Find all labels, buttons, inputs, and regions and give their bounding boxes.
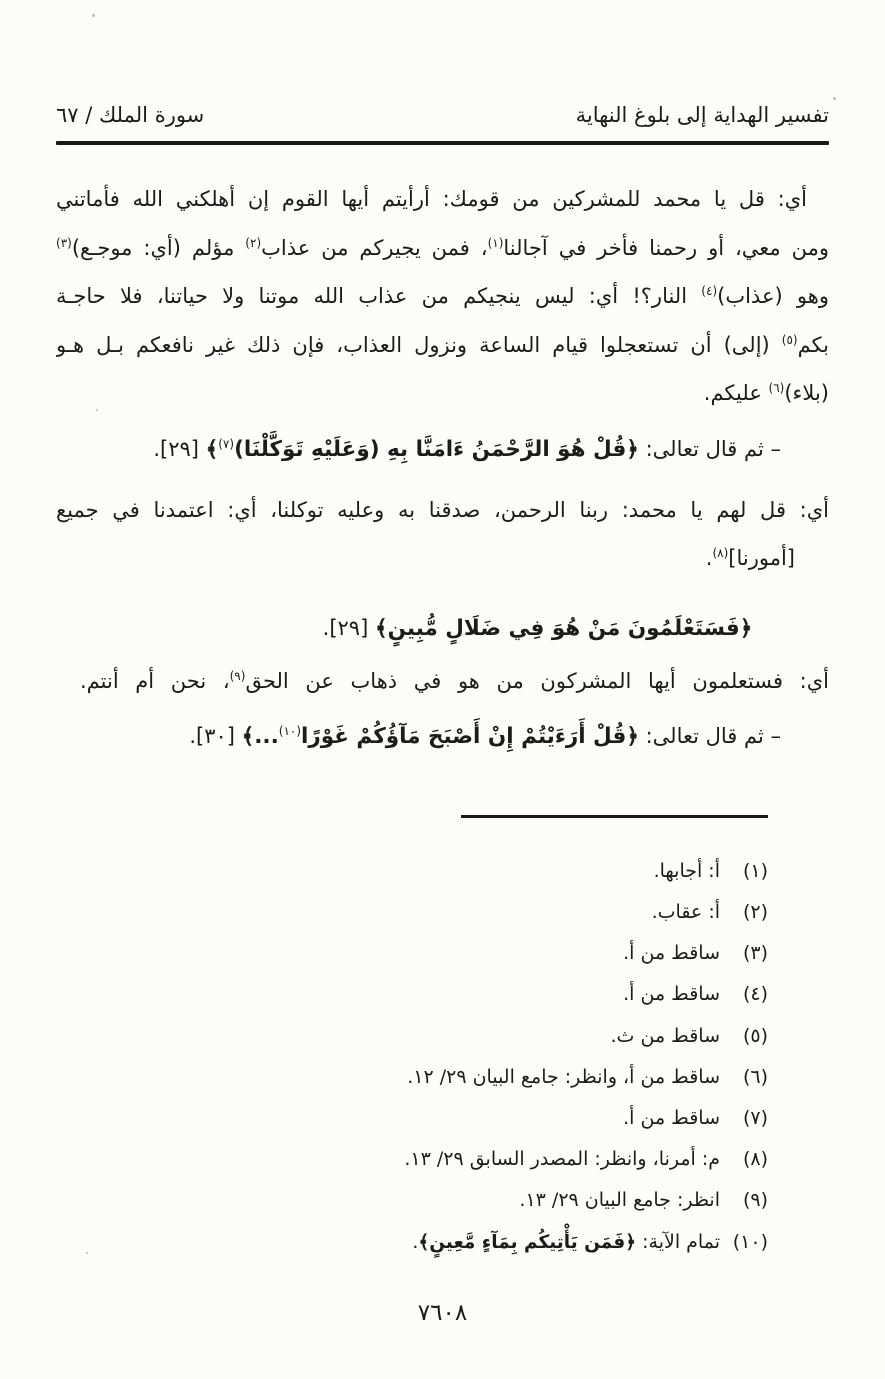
body-line: [أمورنا](٨).	[56, 534, 829, 583]
footnote-text: ساقط من ث.	[611, 1025, 720, 1047]
page-header: تفسير الهداية إلى بلوغ النهاية سورة المل…	[56, 0, 829, 129]
footnote-text: انظر: جامع البيان ٢٩/ ١٣.	[519, 1189, 720, 1211]
footnote-number: (٥)	[720, 1025, 768, 1047]
scan-speck	[96, 409, 98, 411]
footnote-text: ساقط من أ، وانظر: جامع البيان ٢٩/ ١٢.	[407, 1066, 720, 1088]
footnote-row: (٤) ساقط من أ.	[56, 974, 768, 1015]
commentary-paragraph-3: أي: فستعلمون أيها المشركون من هو في ذهاب…	[56, 657, 829, 706]
footnote-row: (٩) انظر: جامع البيان ٢٩/ ١٣.	[56, 1180, 768, 1221]
body-line: بكم(٥) (إلى) أن تستعجلوا قيام الساعة ونز…	[56, 321, 829, 370]
body-line: وهو (عذاب)(٤) النار؟! أي: ليس ينجيكم من …	[56, 272, 829, 321]
commentary-paragraph-2: أي: قل لهم يا محمد: ربنا الرحمن، صدقنا ب…	[56, 486, 829, 583]
footnote-divider	[461, 815, 768, 818]
footnote-row: (٣) ساقط من أ.	[56, 933, 768, 974]
header-rule	[56, 141, 829, 145]
footnote-number: (١)	[720, 860, 768, 882]
body-line: (بلاء)(٦) عليكم.	[56, 369, 829, 418]
body-line: ومن معي، أو رحمنا فأخر في آجالنا(١)، فمن…	[56, 224, 829, 273]
footnote-number: (٣)	[720, 942, 768, 964]
footnote-text: ساقط من أ.	[623, 1107, 720, 1129]
footnote-number: (٧)	[720, 1107, 768, 1129]
footnote-text-prefix: تمام الآية:	[636, 1231, 720, 1253]
footnote-text: ساقط من أ.	[623, 942, 720, 964]
footnote-text: ساقط من أ.	[623, 983, 720, 1005]
footnote-text: تمام الآية: ﴿فَمَن يَأْتِيكُم بِمَآءٍ مَ…	[412, 1231, 720, 1253]
body-line: أي: فستعلمون أيها المشركون من هو في ذهاب…	[56, 657, 829, 706]
verse-ref: [٢٩].	[153, 437, 205, 461]
body-line: أي: قل يا محمد للمشركين من قومك: أرأيتم …	[56, 175, 829, 224]
body-line: أي: قل لهم يا محمد: ربنا الرحمن، صدقنا ب…	[56, 486, 829, 535]
footnote-number: (٨)	[720, 1148, 768, 1170]
quran-verse: ﴿قُلْ هُوَ الرَّحْمَنُ ءَامَنَّا بِهِ (و…	[206, 437, 639, 462]
page-number: ٧٦٠٨	[56, 1300, 829, 1326]
footnote-text: أ: عقاب.	[652, 901, 720, 923]
verse-ref: [٣٠].	[189, 724, 241, 748]
footnote-row: (٥) ساقط من ث.	[56, 1015, 768, 1056]
book-title: تفسير الهداية إلى بلوغ النهاية	[576, 102, 829, 129]
quran-verse: ﴿فَمَن يَأْتِيكُم بِمَآءٍ مَّعِينٍ﴾	[418, 1232, 636, 1253]
scan-speck	[833, 97, 836, 100]
footnote-row: (٧) ساقط من أ.	[56, 1097, 768, 1138]
footnote-row: (٦) ساقط من أ، وانظر: جامع البيان ٢٩/ ١٢…	[56, 1056, 768, 1097]
footnote-number: (٦)	[720, 1066, 768, 1088]
commentary-paragraph-1: أي: قل يا محمد للمشركين من قومك: أرأيتم …	[56, 175, 829, 418]
citation-lead: – ثم قال تعالى:	[639, 724, 781, 748]
book-page: تفسير الهداية إلى بلوغ النهاية سورة المل…	[0, 0, 885, 1379]
footnote-number: (٩)	[720, 1189, 768, 1211]
footnote-row: (٢) أ: عقاب.	[56, 891, 768, 932]
footnote-row: (١٠) تمام الآية: ﴿فَمَن يَأْتِيكُم بِمَآ…	[56, 1221, 768, 1262]
footnote-number: (١٠)	[720, 1231, 768, 1253]
scan-speck	[86, 1252, 88, 1254]
verse-citation-1: – ثم قال تعالى: ﴿قُلْ هُوَ الرَّحْمَنُ ء…	[56, 424, 829, 474]
quran-verse: ﴿فَسَتَعْلَمُونَ مَنْ هُوَ فِي ضَلَالٍ م…	[375, 616, 752, 641]
footnote-number: (٤)	[720, 983, 768, 1005]
footnote-row: (١) أ: أجابها.	[56, 850, 768, 891]
quran-verse: ﴿قُلْ أَرَءَيْتُمْ إِنْ أَصْبَحَ مَآؤُكُ…	[242, 724, 639, 749]
verse-citation-3: – ثم قال تعالى: ﴿قُلْ أَرَءَيْتُمْ إِنْ …	[56, 711, 829, 761]
footnote-text: أ: أجابها.	[654, 860, 720, 882]
scan-speck	[92, 14, 95, 17]
citation-lead: – ثم قال تعالى:	[639, 437, 781, 461]
verse-citation-2: ﴿فَسَتَعْلَمُونَ مَنْ هُوَ فِي ضَلَالٍ م…	[246, 607, 829, 649]
footnote-text: م: أمرنا، وانظر: المصدر السابق ٢٩/ ١٣.	[404, 1148, 720, 1170]
verse-ref: [٢٩].	[323, 616, 375, 640]
footnotes-section: (١) أ: أجابها. (٢) أ: عقاب. (٣) ساقط من …	[56, 850, 768, 1262]
footnote-row: (٨) م: أمرنا، وانظر: المصدر السابق ٢٩/ ١…	[56, 1139, 768, 1180]
footnote-number: (٢)	[720, 901, 768, 923]
chapter-page-label: سورة الملك / ٦٧	[56, 102, 204, 129]
